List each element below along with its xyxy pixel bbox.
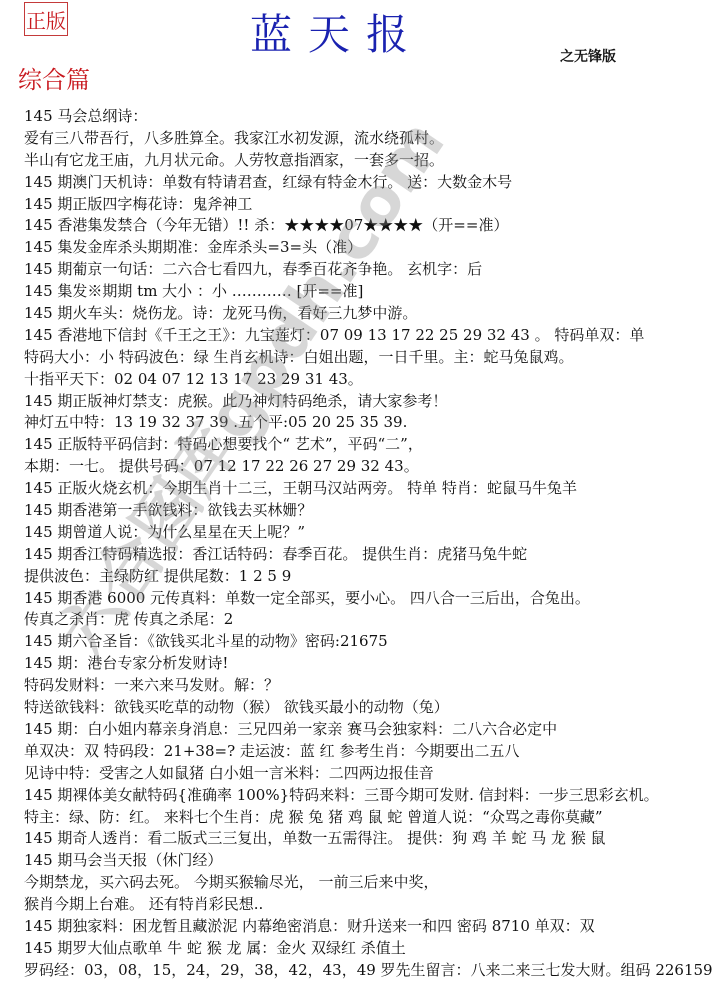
text-line: 145 香港集发禁合（今年无错）!! 杀：★★★★07★★★★（开==准） bbox=[24, 215, 704, 237]
text-line: 猴肖今期上台难。 还有特肖彩民想.. bbox=[24, 894, 704, 916]
page-title: 蓝天报 bbox=[250, 2, 424, 62]
official-edition-badge: 正版 bbox=[24, 2, 68, 36]
text-line: 本期：一七。 提供号码：07 12 17 22 26 27 29 32 43。 bbox=[24, 456, 704, 478]
text-line: 145 期曾道人说：为什么星星在天上呢？” bbox=[24, 522, 704, 544]
text-line: 145 期马会当天报（休门经） bbox=[24, 850, 704, 872]
text-line: 145 期葡京一句话：二六合七看四九，春季百花齐争艳。 玄机字：后 bbox=[24, 259, 704, 281]
text-line: 145 正版特平码信封：特码心想要找个“ 艺术”，平码“二”， bbox=[24, 434, 704, 456]
text-line: 提供波色：主绿防红 提供尾数：1 2 5 9 bbox=[24, 566, 704, 588]
text-line: 神灯五中特：13 19 32 37 39 .五个平:05 20 25 35 39… bbox=[24, 412, 704, 434]
text-line: 半山有它龙王庙，九月状元命。人劳牧意指酒家，一套多一招。 bbox=[24, 150, 704, 172]
text-line: 145 期火车头：烧伤龙。诗：龙死马伤，看好三九梦中游。 bbox=[24, 303, 704, 325]
text-line: 145 期裸体美女献特码{准确率 100%}特码来料：三哥今期可发财. 信封料：… bbox=[24, 785, 704, 807]
text-line: 145 香港地下信封《千王之王》：九宝莲灯：07 09 13 17 22 25 … bbox=[24, 325, 704, 347]
text-line: 145 期奇人透肖：看二版式三三复出，单数一五需得注。 提供：狗 鸡 羊 蛇 马… bbox=[24, 828, 704, 850]
edition-label: 之无锋版 bbox=[560, 46, 616, 66]
text-line: 145 期罗大仙点歌单 牛 蛇 猴 龙 属：金火 双绿红 杀值土 bbox=[24, 938, 704, 960]
text-line: 145 期香江特码精选报：香江话特码：春季百花。 提供生肖：虎猪马兔牛蛇 bbox=[24, 544, 704, 566]
document-body: 145 马会总纲诗： 爱有三八带吾行，八多胜算全。我家江水初发源，流水绕孤村。 … bbox=[24, 106, 704, 982]
text-line: 145 期独家料：困龙暂且藏淤泥 内幕绝密消息：财升送来一和四 密码 8710 … bbox=[24, 916, 704, 938]
text-line: 145 期香港第一手欲钱料：欲钱去买林姗？ bbox=[24, 500, 704, 522]
section-heading: 综合篇 bbox=[18, 60, 90, 95]
text-line: 145 期：港台专家分析发财诗! bbox=[24, 653, 704, 675]
text-line: 特码发财料：一来六来马发财。解：？ bbox=[24, 675, 704, 697]
text-line: 特送欲钱料：欲钱买吃草的动物（猴） 欲钱买最小的动物（兔） bbox=[24, 697, 704, 719]
text-line: 145 集发金库杀头期期准：金库杀头=3=头（准） bbox=[24, 237, 704, 259]
text-line: 145 期六合圣旨：《欲钱买北斗星的动物》密码:21675 bbox=[24, 631, 704, 653]
text-line: 罗码经：03，08，15，24，29，38，42，43，49 罗先生留言：八来二… bbox=[24, 960, 704, 982]
text-line: 见诗中特：受害之人如鼠猪 白小姐一言米料：二四两边报佳音 bbox=[24, 763, 704, 785]
text-line: 爱有三八带吾行，八多胜算全。我家江水初发源，流水绕孤村。 bbox=[24, 128, 704, 150]
text-line: 145 期正版四字梅花诗：鬼斧神工 bbox=[24, 194, 704, 216]
text-line: 传真之杀肖：虎 传真之杀尾：2 bbox=[24, 609, 704, 631]
text-line: 十指平天下：02 04 07 12 13 17 23 29 31 43。 bbox=[24, 369, 704, 391]
text-line: 145 马会总纲诗： bbox=[24, 106, 704, 128]
text-line: 特码大小：小 特码波色：绿 生肖玄机诗：白姐出题，一日千里。主：蛇马兔鼠鸡。 bbox=[24, 347, 704, 369]
text-line: 145 期澳门天机诗：单数有特请君查，红绿有特金木行。 送：大数金木号 bbox=[24, 172, 704, 194]
text-line: 特主：绿、防：红。 来料七个生肖：虎 猴 兔 猪 鸡 鼠 蛇 曾道人说：“众骂之… bbox=[24, 807, 704, 829]
text-line: 145 期香港 6000 元传真料：单数一定全部买，要小心。 四八合一三后出，合… bbox=[24, 588, 704, 610]
text-line: 145 正版火烧玄机：今期生肖十二三，王朝马汉站两旁。 特单 特肖：蛇鼠马牛兔羊 bbox=[24, 478, 704, 500]
text-line: 145 集发※期期 tm 大小 ：小 ………… [开==准] bbox=[24, 281, 704, 303]
text-line: 单双决：双 特码段：21+38=? 走运波：蓝 红 参考生肖：今期要出二五八 bbox=[24, 741, 704, 763]
text-line: 今期禁龙，买六码去死。 今期买猴输尽光， 一前三后来中奖， bbox=[24, 872, 704, 894]
text-line: 145 期正版神灯禁支：虎猴。此乃神灯特码绝杀，请大家参考！ bbox=[24, 391, 704, 413]
text-line: 145 期：白小姐内幕亲身消息：三兄四弟一家亲 赛马会独家料：二八六合必定中 bbox=[24, 719, 704, 741]
